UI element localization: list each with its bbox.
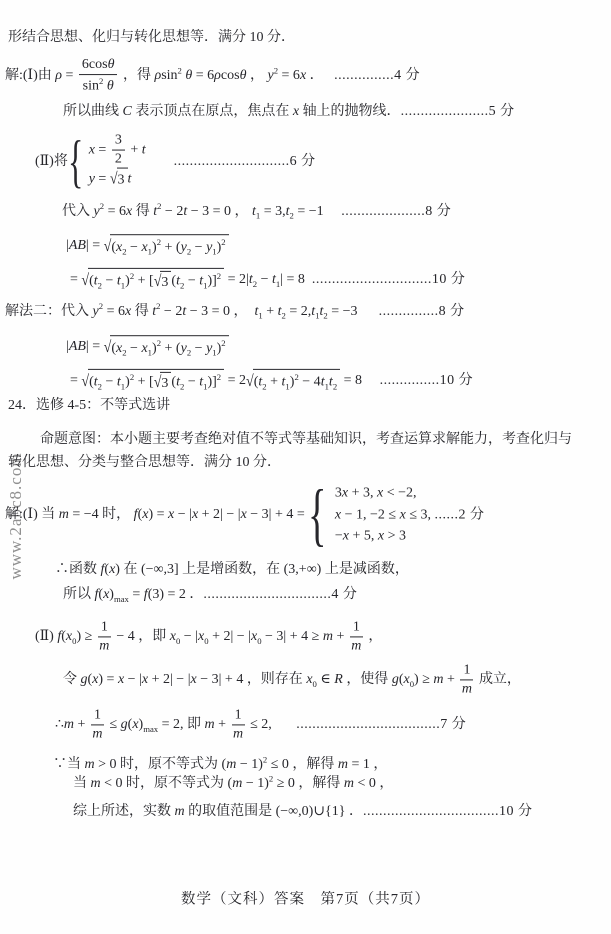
text-run: 1 — [235, 707, 242, 722]
denominator: m — [350, 638, 363, 655]
text-run: 解法二：代入 — [5, 304, 93, 319]
text-run: − 4 ，即 — [113, 629, 170, 644]
text-run: )] — [207, 375, 216, 390]
method2-ab-result: = √(t2 − t1)2 + [√3(t2 − t1)]2 = 2√(t2 +… — [70, 369, 473, 393]
text-run: 24．选修 4-5：不等式选讲 — [8, 398, 170, 413]
solution24-case-negative: 当 m < 0 时，原不等式为 (m − 1)2 ≥ 0 ，解得 m < 0 ， — [73, 772, 393, 793]
radical: √(t2 + t1)2 − 4t1t2 — [246, 369, 340, 393]
text-run: ) ≥ — [414, 672, 433, 687]
text-run: ，使得 — [343, 672, 392, 687]
radical-sign: √ — [81, 269, 89, 292]
case-row: 3x + 3, x < −2, — [335, 482, 485, 504]
superscript: 2 — [221, 237, 225, 247]
document-page: www.2abc8.com 形结合思想、化归与转化思想等．满分 10 分．解:(… — [0, 0, 611, 934]
math-variable: g — [81, 672, 88, 687]
text-run: = −4 时， — [69, 507, 134, 522]
text-run: 所以 — [63, 587, 95, 602]
text-run: ≤ 0 ，解得 — [267, 757, 338, 772]
text-run: + — [333, 629, 348, 644]
math-variable: m — [59, 507, 69, 522]
text-run: − — [127, 341, 142, 356]
text-run: 2 — [115, 152, 122, 167]
math-variable: R — [334, 672, 343, 687]
text-run: > 3 — [384, 529, 406, 544]
numerator: 1 — [232, 707, 245, 725]
text-run: + — [267, 375, 282, 390]
text-run: ∵当 — [53, 757, 85, 772]
math-variable: m — [226, 757, 236, 772]
text-run: = 2 — [224, 373, 246, 388]
radicand: (x2 − x1)2 + (y2 − y1)2 — [110, 335, 228, 359]
fraction: 6cosθsin2 θ — [79, 57, 118, 95]
text-run: ) = — [148, 507, 168, 522]
text-run: | = — [86, 238, 104, 253]
text-run: + ( — [161, 240, 181, 255]
text-run: + ( — [161, 341, 181, 356]
text-run: 表示顶点在原点，焦点在 — [132, 104, 293, 119]
text-run: | = 8 — [280, 272, 312, 287]
text-run: 3 — [335, 485, 342, 500]
case-row: x − 1, −2 ≤ x ≤ 3, ......2 分 — [335, 504, 485, 526]
text-run: − — [184, 274, 199, 289]
problem-24-intent-2: 转化思想、分类与整合思想等．满分 10 分． — [8, 453, 281, 473]
numerator: 1 — [460, 662, 473, 680]
solution1-ab-formula: |AB| = √(x2 − x1)2 + (y2 − y1)2 — [66, 234, 229, 258]
text-run: ) ≥ — [76, 629, 95, 644]
text-run: 成立， — [475, 672, 521, 687]
text-run: ∈ — [317, 672, 334, 687]
radicand: (x2 − x1)2 + (y2 − y1)2 — [110, 234, 228, 258]
math-variable: m — [323, 629, 333, 644]
text-run: ) = — [98, 672, 118, 687]
radical: √(x2 − x1)2 + (y2 − y1)2 — [104, 234, 229, 258]
score-marker: ...............8 分 — [379, 304, 465, 319]
cases-column: x = 32 + ty = √3t — [89, 133, 146, 192]
solution24-piecewise: 解:(Ⅰ) 当 m = −4 时， f(x) = x − |x + 2| − |… — [5, 482, 485, 547]
text-run: − — [102, 375, 117, 390]
left-brace-icon: { — [308, 487, 326, 543]
score-marker: ......................5 分 — [401, 104, 515, 119]
text-run: 1 — [94, 707, 101, 722]
solution1-parametric: (Ⅱ)将{x = 32 + ty = √3t .................… — [35, 133, 316, 192]
fraction: 1m — [91, 707, 104, 742]
case-row: −x + 5, x > 3 — [335, 526, 485, 548]
text-run: + [ — [134, 274, 154, 289]
solution24-part2-step2: 令 g(x) = x − |x + 2| − |x − 3| + 4 ，则存在 … — [63, 662, 521, 697]
left-brace-icon: { — [68, 139, 83, 185]
text-run: 轴上的抛物线． — [299, 104, 401, 119]
text-run: = 2| — [224, 272, 249, 287]
text-run: − — [335, 529, 343, 544]
score-marker: ...............4 分 — [334, 68, 420, 83]
math-variable: m — [175, 804, 185, 819]
text-run: − 3 = 0 ， — [186, 304, 254, 319]
score-marker: .....................8 分 — [341, 204, 451, 219]
text-run: ≤ 2, — [247, 717, 297, 732]
text-run: 3 — [161, 376, 168, 391]
text-run: + 2| − | — [148, 672, 190, 687]
text-run: − 2 — [161, 204, 183, 219]
math-variable: AB — [69, 238, 86, 253]
text-run: = 8 — [340, 373, 379, 388]
radical-sign: √ — [154, 270, 162, 293]
text-run: = 1 ， — [348, 757, 387, 772]
math-variable: m — [91, 776, 101, 791]
method2-step1: 解法二：代入 y2 = 6x 得 t2 − 2t − 3 = 0 ， t1 + … — [5, 300, 465, 322]
text-run: 综上所述，实数 — [73, 804, 175, 819]
radical-sign: √ — [104, 337, 112, 360]
text-run: − 2 — [160, 304, 182, 319]
text-run: = — [70, 373, 81, 388]
text-run: 3 — [118, 173, 125, 188]
text-run: = 6 — [104, 204, 126, 219]
math-variable: ρ — [55, 68, 62, 83]
score-marker: ................................4 分 — [203, 587, 357, 602]
radical: √(t2 − t1)2 + [√3(t2 − t1)]2 — [81, 369, 224, 393]
text-run: 当 — [73, 776, 91, 791]
score-marker: ..................................10 分 — [363, 804, 533, 819]
denominator: m — [460, 681, 473, 698]
solution1-step3: 代入 y2 = 6x 得 t2 − 2t − 3 = 0 ， t1 = 3,t2… — [62, 200, 451, 222]
page-footer: 数学（文科）答案 第7页（共7页） — [0, 888, 611, 909]
text-run: 转化思想、分类与整合思想等．满分 10 分． — [8, 455, 281, 470]
text-run: 解:(Ⅰ)由 — [5, 68, 55, 83]
problem-24-heading: 24．选修 4-5：不等式选讲 — [8, 396, 170, 416]
text-run: − — [191, 240, 206, 255]
text-run: sin — [161, 68, 177, 83]
radicand: (t2 − t1)2 + [√3(t2 − t1)]2 — [88, 369, 224, 393]
subscript: max — [114, 594, 129, 604]
text-run: ， — [246, 68, 267, 83]
radical: √3 — [154, 372, 172, 394]
radical: √3 — [154, 271, 172, 293]
solution1-step2: 所以曲线 C 表示顶点在原点，焦点在 x 轴上的抛物线．............… — [63, 102, 515, 122]
subscript: max — [143, 724, 158, 734]
radical-sign: √ — [154, 371, 162, 394]
cases-group: {3x + 3, x < −2,x − 1, −2 ≤ x ≤ 3, .....… — [308, 482, 484, 547]
text-run: 1 — [463, 662, 470, 677]
solution1-step1: 解:(Ⅰ)由 ρ = 6cosθsin2 θ ，得 ρsin2 θ = 6ρco… — [5, 57, 420, 95]
text-run: − — [102, 274, 117, 289]
problem-24-intent-1: 命题意图：本小题主要考查绝对值不等式等基础知识，考查运算求解能力，考查化归与 — [40, 430, 572, 450]
text-run: 得 — [131, 304, 152, 319]
text-run: − — [191, 341, 206, 356]
text-run: ，得 — [119, 68, 154, 83]
text-run: 1 — [353, 619, 360, 634]
cases-column: 3x + 3, x < −2,x − 1, −2 ≤ x ≤ 3, ......… — [335, 482, 485, 547]
text-run: + 3, — [348, 485, 377, 500]
text-run: − 3| + 4 ≥ — [262, 629, 323, 644]
radical: √(x2 − x1)2 + (y2 − y1)2 — [104, 335, 229, 359]
score-marker: .............................6 分 — [174, 154, 316, 169]
case-row: y = √3t — [89, 168, 146, 192]
text-run: − — [257, 272, 272, 287]
text-run: + [ — [134, 375, 154, 390]
text-run: 1 — [101, 619, 108, 634]
solution24-part2-step3: ∴m + 1m ≤ g(x)max = 2, 即 m + 1m ≤ 2, ...… — [55, 707, 466, 742]
text-run: − 1) — [242, 776, 269, 791]
math-variable: m — [92, 727, 102, 742]
math-variable: m — [205, 717, 215, 732]
math-variable: m — [85, 757, 95, 772]
superscript: 2 — [217, 271, 221, 281]
numerator: 1 — [91, 707, 104, 725]
cases-group: {x = 32 + ty = √3t — [68, 133, 146, 192]
text-run: | = — [86, 339, 104, 354]
math-variable: ρ — [214, 68, 221, 83]
math-variable: θ — [107, 79, 114, 94]
text-run: 6cos — [82, 57, 108, 72]
text-run: + 2| − | — [198, 507, 240, 522]
math-variable: m — [338, 757, 348, 772]
solution24-monotonic: ∴函数 f(x) 在 (−∞,3] 上是增函数，在 (3,+∞) 上是减函数， — [55, 560, 409, 580]
text-run: − 1) — [236, 757, 263, 772]
denominator: 2 — [112, 151, 125, 168]
text-run: ≥ 0 ，解得 — [273, 776, 344, 791]
math-variable: θ — [108, 57, 115, 72]
text-run: 令 — [63, 672, 81, 687]
text-run: ) 在 (−∞,3] 上是增函数，在 (3,+∞) 上是减函数， — [115, 562, 409, 577]
text-run: = 2, — [286, 304, 311, 319]
text-run: − 3| + 4 = — [247, 507, 309, 522]
solution24-part2-step1: (Ⅱ) f(x0) ≥ 1m − 4 ，即 x0 − |x0 + 2| − |x… — [35, 619, 382, 654]
text-run: − | — [124, 672, 142, 687]
text-run: = — [95, 142, 110, 157]
score-marker: ..............................10 分 — [312, 272, 466, 287]
text-run: = −1 — [294, 204, 341, 219]
text-run: (Ⅱ) — [35, 629, 57, 644]
radical-sign: √ — [81, 370, 89, 393]
numerator: 3 — [112, 133, 125, 151]
text-run: = — [95, 172, 110, 187]
math-variable: m — [433, 672, 443, 687]
denominator: sin2 θ — [79, 75, 118, 95]
text-run: 形结合思想、化归与转化思想等．满分 10 分． — [8, 30, 295, 45]
text-run: cos — [221, 68, 240, 83]
text-run: 得 — [132, 204, 153, 219]
math-variable: m — [462, 682, 472, 697]
fraction: 1m — [98, 619, 111, 654]
math-variable: C — [123, 104, 132, 119]
text-run: 的取值范围是 (−∞,0)∪{1} ． — [185, 804, 363, 819]
math-variable: AB — [69, 339, 86, 354]
fraction: 1m — [350, 619, 363, 654]
text-run: > 0 时，原不等式为 ( — [95, 757, 227, 772]
fraction: 1m — [460, 662, 473, 697]
text-run: + 5, — [349, 529, 378, 544]
math-variable: m — [351, 639, 361, 654]
radicand: (t2 + t1)2 − 4t1t2 — [253, 369, 340, 393]
text-run: = 6 — [103, 304, 125, 319]
text-run: ∴函数 — [55, 562, 101, 577]
text-run — [146, 154, 174, 169]
score-marker: ...............10 分 — [380, 373, 474, 388]
text-run: − — [184, 375, 199, 390]
text-run: − 4 — [299, 375, 321, 390]
text-run: − | — [180, 629, 198, 644]
text-run: = −3 — [328, 304, 379, 319]
text-run: = 6 — [278, 68, 300, 83]
superscript: 2 — [221, 338, 225, 348]
text-run: < 0 ， — [354, 776, 393, 791]
text-run: 代入 — [62, 204, 94, 219]
denominator: m — [98, 638, 111, 655]
numerator: 6cosθ — [79, 57, 118, 75]
text-run: + — [74, 717, 89, 732]
radicand: (t2 − t1)2 + [√3(t2 − t1)]2 — [88, 268, 224, 292]
text-run: < −2, — [383, 485, 416, 500]
text-run: sin — [83, 79, 99, 94]
radical-sign: √ — [110, 167, 118, 192]
text-run: + — [127, 142, 142, 157]
fraction: 32 — [112, 133, 125, 168]
text-run: ． — [306, 68, 334, 83]
math-variable: t — [128, 172, 132, 187]
text-run: = — [62, 68, 77, 83]
continuation-line: 形结合思想、化归与转化思想等．满分 10 分． — [8, 28, 295, 48]
math-variable: m — [64, 717, 74, 732]
method2-ab-formula: |AB| = √(x2 − x1)2 + (y2 − y1)2 — [66, 335, 229, 359]
superscript: 2 — [217, 372, 221, 382]
math-variable: g — [392, 672, 399, 687]
text-run: 解:(Ⅰ) 当 — [5, 507, 59, 522]
text-run: − 3| + 4 ，则存在 — [197, 672, 307, 687]
radical: √3 — [110, 168, 128, 192]
radical: √(t2 − t1)2 + [√3(t2 − t1)]2 — [81, 268, 224, 292]
text-run: = 3, — [260, 204, 285, 219]
text-run: 命题意图：本小题主要考查绝对值不等式等基础知识，考查运算求解能力，考查化归与 — [40, 432, 572, 447]
solution1-ab-result: = √(t2 − t1)2 + [√3(t2 − t1)]2 = 2|t2 − … — [70, 268, 465, 292]
text-run: ， — [365, 629, 383, 644]
subscript: 2 — [333, 382, 337, 392]
denominator: m — [91, 726, 104, 743]
score-marker: ......2 分 — [435, 507, 485, 522]
text-run: 3 — [115, 133, 122, 148]
math-variable: m — [344, 776, 354, 791]
radicand: 3 — [160, 271, 171, 293]
text-run: − 1, −2 ≤ — [341, 507, 399, 522]
text-run: = — [129, 587, 144, 602]
fraction: 1m — [232, 707, 245, 742]
math-variable: m — [99, 639, 109, 654]
text-run: − | — [174, 507, 192, 522]
text-run: < 0 时，原不等式为 ( — [101, 776, 233, 791]
text-run: ≤ — [106, 717, 121, 732]
radicand: 3 — [117, 168, 128, 192]
math-variable: m — [232, 776, 242, 791]
numerator: 1 — [98, 619, 111, 637]
text-run: ∴ — [55, 717, 64, 732]
text-run: + — [444, 672, 459, 687]
text-run: )] — [207, 274, 216, 289]
radical-sign: √ — [246, 371, 254, 394]
numerator: 1 — [350, 619, 363, 637]
text-run: + — [215, 717, 230, 732]
text-run: 所以曲线 — [63, 104, 123, 119]
case-row: x = 32 + t — [89, 133, 146, 168]
text-run: = 2, 即 — [158, 717, 204, 732]
text-run: (Ⅱ)将 — [35, 154, 68, 169]
text-run: 3 — [161, 275, 168, 290]
text-run: − — [127, 240, 142, 255]
text-run: (3) = 2 ． — [148, 587, 204, 602]
text-run: − 3 = 0 ， — [187, 204, 252, 219]
text-run: + 2| − | — [209, 629, 251, 644]
radical-sign: √ — [104, 236, 112, 259]
text-run: + — [263, 304, 278, 319]
text-run: = — [70, 272, 81, 287]
radicand: 3 — [160, 372, 171, 394]
math-variable: g — [121, 717, 128, 732]
text-run: ≤ 3, — [406, 507, 435, 522]
solution24-max: 所以 f(x)max = f(3) = 2 ．.................… — [63, 585, 357, 605]
score-marker: ....................................7 分 — [296, 717, 466, 732]
denominator: m — [232, 726, 245, 743]
solution24-conclusion: 综上所述，实数 m 的取值范围是 (−∞,0)∪{1} ．...........… — [73, 802, 533, 822]
text-run: = 6 — [192, 68, 214, 83]
math-variable: m — [233, 727, 243, 742]
